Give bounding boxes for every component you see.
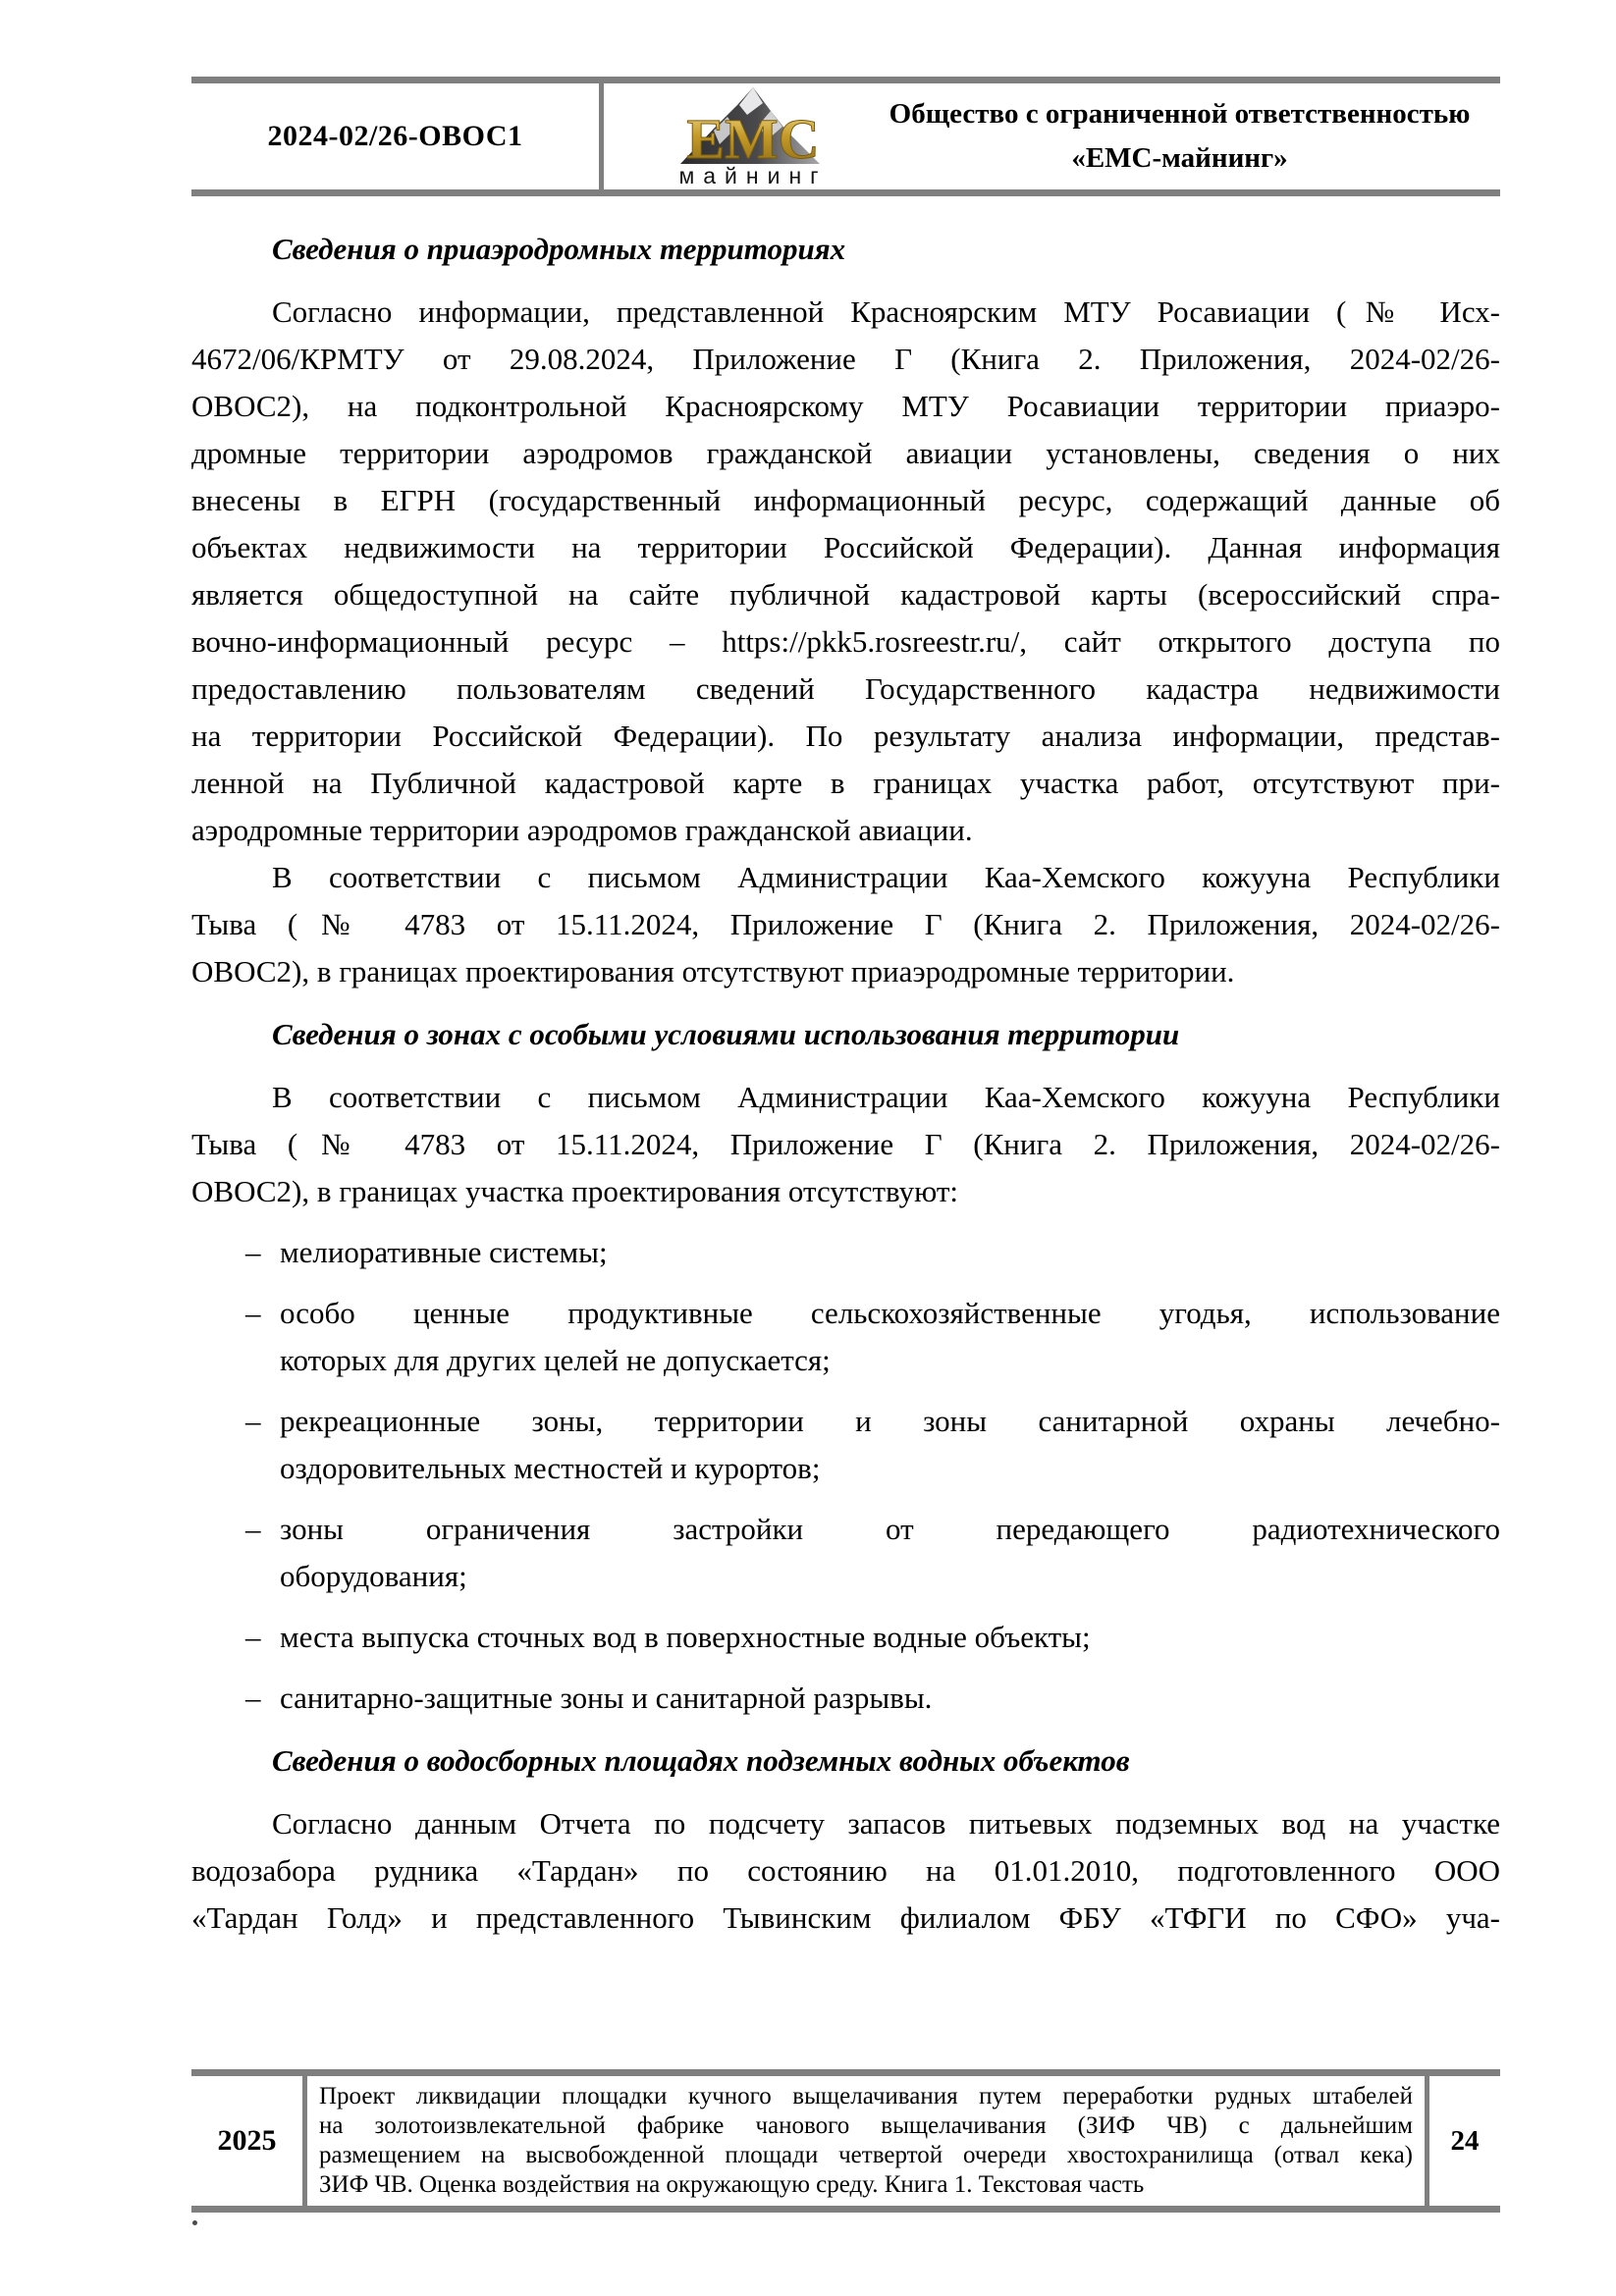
text-line: В соответствии с письмом Администрации К… bbox=[191, 854, 1500, 901]
list-item: – места выпуска сточных вод в поверхност… bbox=[191, 1614, 1500, 1661]
document-page: 2024-02/26-ОВОС1 bbox=[0, 0, 1616, 2296]
text-line: предоставлению пользователям сведений Го… bbox=[191, 666, 1500, 713]
list-item: – рекреационные зоны, территории и зоны … bbox=[191, 1398, 1500, 1492]
text-line: «Тардан Голд» и представленного Тывински… bbox=[191, 1895, 1500, 1942]
list-item: – мелиоративные системы; bbox=[191, 1229, 1500, 1276]
text-line: ОВОС2), в границах участка проектировани… bbox=[191, 1168, 1500, 1215]
section-heading-zones: Сведения о зонах с особыми условиями исп… bbox=[191, 1011, 1500, 1058]
text-line: места выпуска сточных вод в поверхностны… bbox=[280, 1614, 1500, 1661]
footer-year: 2025 bbox=[191, 2076, 307, 2206]
list-item: – санитарно-защитные зоны и санитарной р… bbox=[191, 1675, 1500, 1722]
text-line: на золотоизвлекательной фабрике чанового… bbox=[319, 2111, 1413, 2141]
paragraph-4: Согласно данным Отчета по подсчету запас… bbox=[191, 1800, 1500, 1942]
bullet-dash: – bbox=[245, 1229, 261, 1276]
text-line: Проект ликвидации площадки кучного выщел… bbox=[319, 2082, 1413, 2111]
text-line: Тыва (№ 4783 от 15.11.2024, Приложение Г… bbox=[191, 901, 1500, 948]
text-line: Согласно данным Отчета по подсчету запас… bbox=[191, 1800, 1500, 1847]
bullet-dash: – bbox=[245, 1675, 261, 1722]
logo-emc-text: ЕМС bbox=[686, 107, 819, 171]
text-line: ОВОС2), на подконтрольной Красноярскому … bbox=[191, 383, 1500, 430]
page-footer: 2025 Проект ликвидации площадки кучного … bbox=[191, 2069, 1500, 2213]
text-line: водозабора рудника «Тардан» по состоянию… bbox=[191, 1847, 1500, 1895]
text-line: Согласно информации, представленной Крас… bbox=[191, 289, 1500, 336]
company-name: Общество с ограниченной ответственностью… bbox=[873, 92, 1500, 181]
list-item: – зоны ограничения застройки от передающ… bbox=[191, 1506, 1500, 1600]
bullet-dash: – bbox=[245, 1398, 261, 1445]
footer-project-title: Проект ликвидации площадки кучного выщел… bbox=[307, 2076, 1429, 2206]
text-line: объектах недвижимости на территории Росс… bbox=[191, 524, 1500, 571]
logo-mining-text: майнинг bbox=[678, 163, 827, 187]
text-line: дромные территории аэродромов гражданско… bbox=[191, 430, 1500, 477]
text-line: ОВОС2), в границах проектирования отсутс… bbox=[191, 948, 1500, 995]
text-line: внесены в ЕГРН (государственный информац… bbox=[191, 477, 1500, 524]
header-right-cell: ЕМС майнинг Общество с ограниченной отве… bbox=[604, 83, 1500, 189]
text-line: рекреационные зоны, территории и зоны са… bbox=[280, 1398, 1500, 1445]
text-line: зоны ограничения застройки от передающег… bbox=[280, 1506, 1500, 1553]
stray-scan-mark bbox=[192, 2220, 197, 2225]
company-line-1: Общество с ограниченной ответственностью bbox=[873, 92, 1486, 136]
text-line: оборудования; bbox=[280, 1553, 1500, 1600]
text-line: размещением на высвобожденной площади че… bbox=[319, 2141, 1413, 2170]
text-line: Тыва (№ 4783 от 15.11.2024, Приложение Г… bbox=[191, 1121, 1500, 1168]
text-line: 4672/06/КРМТУ от 29.08.2024, Приложение … bbox=[191, 336, 1500, 383]
doc-number: 2024-02/26-ОВОС1 bbox=[191, 83, 604, 189]
bullet-dash: – bbox=[245, 1614, 261, 1661]
list-item: – особо ценные продуктивные сельскохозяй… bbox=[191, 1290, 1500, 1384]
text-line: ЗИФ ЧВ. Оценка воздействия на окружающую… bbox=[319, 2170, 1413, 2200]
document-body: Сведения о приаэродромных территориях Со… bbox=[191, 210, 1500, 1942]
text-line: мелиоративные системы; bbox=[280, 1229, 1500, 1276]
text-line: которых для других целей не допускается; bbox=[280, 1337, 1500, 1384]
page-number: 24 bbox=[1429, 2076, 1500, 2206]
text-line: санитарно-защитные зоны и санитарной раз… bbox=[280, 1675, 1500, 1722]
section-heading-catchment: Сведения о водосборных площадях подземны… bbox=[191, 1737, 1500, 1785]
logo-mountain-icon: ЕМС майнинг bbox=[637, 85, 873, 187]
text-line: В соответствии с письмом Администрации К… bbox=[191, 1074, 1500, 1121]
text-line: является общедоступной на сайте публично… bbox=[191, 571, 1500, 618]
emc-mining-logo: ЕМС майнинг bbox=[637, 85, 873, 187]
page-header: 2024-02/26-ОВОС1 bbox=[191, 77, 1500, 196]
text-line: аэродромные территории аэродромов гражда… bbox=[191, 807, 1500, 854]
text-line: оздоровительных местностей и курортов; bbox=[280, 1445, 1500, 1492]
bullet-dash: – bbox=[245, 1506, 261, 1553]
paragraph-3: В соответствии с письмом Администрации К… bbox=[191, 1074, 1500, 1215]
text-line: ленной на Публичной кадастровой карте в … bbox=[191, 760, 1500, 807]
text-line: вочно-информационный ресурс – https://pk… bbox=[191, 618, 1500, 666]
company-line-2: «ЕМС-майнинг» bbox=[873, 136, 1486, 181]
text-line: особо ценные продуктивные сельскохозяйст… bbox=[280, 1290, 1500, 1337]
paragraph-1: Согласно информации, представленной Крас… bbox=[191, 289, 1500, 854]
paragraph-2: В соответствии с письмом Администрации К… bbox=[191, 854, 1500, 995]
bullet-dash: – bbox=[245, 1290, 261, 1337]
section-heading-aerodrome: Сведения о приаэродромных территориях bbox=[191, 226, 1500, 273]
text-line: на территории Российской Федерации). По … bbox=[191, 713, 1500, 760]
